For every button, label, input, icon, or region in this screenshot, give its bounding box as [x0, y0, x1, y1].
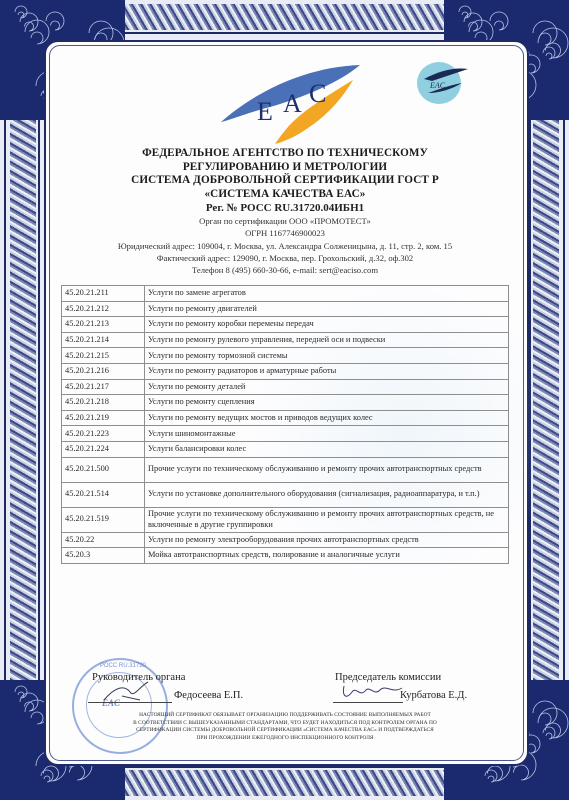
- table-row: 45.20.21.216Услуги по ремонту радиаторов…: [62, 363, 509, 379]
- service-description: Услуги по замене агрегатов: [145, 286, 509, 302]
- service-description: Прочие услуги по техническому обслуживан…: [145, 457, 509, 482]
- svg-text:EAC: EAC: [429, 81, 446, 90]
- service-code: 45.20.21.215: [62, 348, 145, 364]
- table-row: 45.20.21.219Услуги по ремонту ведущих мо…: [62, 410, 509, 426]
- eac-round-logo-icon: EAC: [414, 57, 470, 105]
- service-description: Услуги по ремонту коробки перемены перед…: [145, 317, 509, 333]
- eac-main-logo: E A C: [215, 62, 360, 147]
- table-row: 45.20.3Мойка автотранспортных средств, п…: [62, 548, 509, 564]
- service-description: Услуги по ремонту радиаторов и арматурны…: [145, 363, 509, 379]
- rope-border-top: [118, 4, 456, 30]
- table-row: 45.20.21.215Услуги по ремонту тормозной …: [62, 348, 509, 364]
- agency-name-line-1: ФЕДЕРАЛЬНОЕ АГЕНТСТВО ПО ТЕХНИЧЕСКОМУ: [60, 147, 510, 161]
- footer-note-line-1: НАСТОЯЩИЙ СЕРТИФИКАТ ОБЯЗЫВАЕТ ОРГАНИЗАЦ…: [120, 712, 450, 720]
- rope-border-right: [533, 120, 559, 680]
- signature-right-icon: [340, 682, 406, 704]
- agency-name-line-2: РЕГУЛИРОВАНИЮ И МЕТРОЛОГИИ: [60, 161, 510, 175]
- actual-address: Фактический адрес: 129090, г. Москва, пе…: [60, 252, 510, 264]
- service-code: 45.20.21.214: [62, 332, 145, 348]
- service-description: Услуги по ремонту деталей: [145, 379, 509, 395]
- service-description: Прочие услуги по техническому обслуживан…: [145, 507, 509, 532]
- border-rule: [118, 32, 456, 34]
- table-row: 45.20.21.218Услуги по ремонту сцепления: [62, 395, 509, 411]
- table-row: 45.20.21.223Услуги шиномонтажные: [62, 426, 509, 442]
- service-code: 45.20.21.219: [62, 410, 145, 426]
- service-code: 45.20.21.218: [62, 395, 145, 411]
- service-code: 45.20.21.223: [62, 426, 145, 442]
- service-code: 45.20.21.211: [62, 286, 145, 302]
- eac-round-logo: EAC: [414, 57, 470, 105]
- table-row: 45.20.21.519Прочие услуги по техническом…: [62, 507, 509, 532]
- services-table: 45.20.21.211Услуги по замене агрегатов45…: [61, 285, 509, 564]
- service-description: Мойка автотранспортных средств, полирова…: [145, 548, 509, 564]
- footer-note-line-3: СЕРТИФИКАЦИИ СИСТЕМЫ ДОБРОВОЛЬНОЙ СЕРТИФ…: [120, 727, 450, 735]
- service-description: Услуги по ремонту ведущих мостов и приво…: [145, 410, 509, 426]
- service-code: 45.20.21.519: [62, 507, 145, 532]
- certificate-header: ФЕДЕРАЛЬНОЕ АГЕНТСТВО ПО ТЕХНИЧЕСКОМУ РЕ…: [60, 147, 510, 276]
- service-description: Услуги шиномонтажные: [145, 426, 509, 442]
- table-row: 45.20.21.214Услуги по ремонту рулевого у…: [62, 332, 509, 348]
- service-description: Услуги по ремонту сцепления: [145, 395, 509, 411]
- eac-logo-icon: E A C: [215, 62, 360, 147]
- service-code: 45.20.21.500: [62, 457, 145, 482]
- service-description: Услуги балансировки колес: [145, 441, 509, 457]
- ogrn: ОГРН 1167746900023: [60, 227, 510, 239]
- service-description: Услуги по ремонту тормозной системы: [145, 348, 509, 364]
- service-code: 45.20.21.212: [62, 301, 145, 317]
- table-row: 45.20.21.217Услуги по ремонту деталей: [62, 379, 509, 395]
- logo-letter-a: A: [283, 89, 302, 118]
- service-code: 45.20.3: [62, 548, 145, 564]
- service-description: Услуги по ремонту двигателей: [145, 301, 509, 317]
- certification-body: Орган по сертификации ООО «ПРОМОТЕСТ»: [60, 215, 510, 227]
- table-row: 45.20.21.500Прочие услуги по техническом…: [62, 457, 509, 482]
- footer-obligation-note: НАСТОЯЩИЙ СЕРТИФИКАТ ОБЯЗЫВАЕТ ОРГАНИЗАЦ…: [120, 712, 450, 742]
- contacts: Телефон 8 (495) 660-30-66, e-mail: sert@…: [60, 264, 510, 276]
- seal-ring-text: РОСС RU.31720: [100, 663, 146, 669]
- service-code: 45.20.21.216: [62, 363, 145, 379]
- border-rule: [529, 120, 531, 680]
- commission-chair-name: Курбатова Е.Д.: [400, 690, 467, 701]
- service-code: 45.20.21.217: [62, 379, 145, 395]
- table-row: 45.20.22Услуги по ремонту электрооборудо…: [62, 532, 509, 548]
- logo-letter-e: E: [257, 97, 273, 126]
- legal-address: Юридический адрес: 109004, г. Москва, ул…: [60, 240, 510, 252]
- service-code: 45.20.21.224: [62, 441, 145, 457]
- footer-note-line-4: ПРИ ПРОХОЖДЕНИИ ЕЖЕГОДНОГО ИНСПЕКЦИОННОГ…: [120, 735, 450, 743]
- service-description: Услуги по установке дополнительного обор…: [145, 482, 509, 507]
- service-description: Услуги по ремонту рулевого управления, п…: [145, 332, 509, 348]
- service-code: 45.20.21.514: [62, 482, 145, 507]
- service-code: 45.20.22: [62, 532, 145, 548]
- table-row: 45.20.21.213Услуги по ремонту коробки пе…: [62, 317, 509, 333]
- table-row: 45.20.21.514Услуги по установке дополнит…: [62, 482, 509, 507]
- head-of-body-name: Федосеева Е.П.: [174, 690, 243, 701]
- system-name-line-1: СИСТЕМА ДОБРОВОЛЬНОЙ СЕРТИФИКАЦИИ ГОСТ Р: [60, 174, 510, 188]
- logo-letter-c: C: [309, 79, 326, 108]
- system-name-line-2: «СИСТЕМА КАЧЕСТВА ЕАС»: [60, 188, 510, 202]
- border-rule: [38, 120, 40, 680]
- registration-number: Рег. № РОСС RU.31720.04ИБН1: [60, 201, 510, 215]
- rope-border-bottom: [118, 770, 456, 796]
- service-code: 45.20.21.213: [62, 317, 145, 333]
- table-row: 45.20.21.224Услуги балансировки колес: [62, 441, 509, 457]
- table-row: 45.20.21.211Услуги по замене агрегатов: [62, 286, 509, 302]
- signature-left-icon: [100, 678, 160, 706]
- service-description: Услуги по ремонту электрооборудования пр…: [145, 532, 509, 548]
- border-rule: [118, 766, 456, 768]
- rope-border-left: [10, 120, 36, 680]
- table-row: 45.20.21.212Услуги по ремонту двигателей: [62, 301, 509, 317]
